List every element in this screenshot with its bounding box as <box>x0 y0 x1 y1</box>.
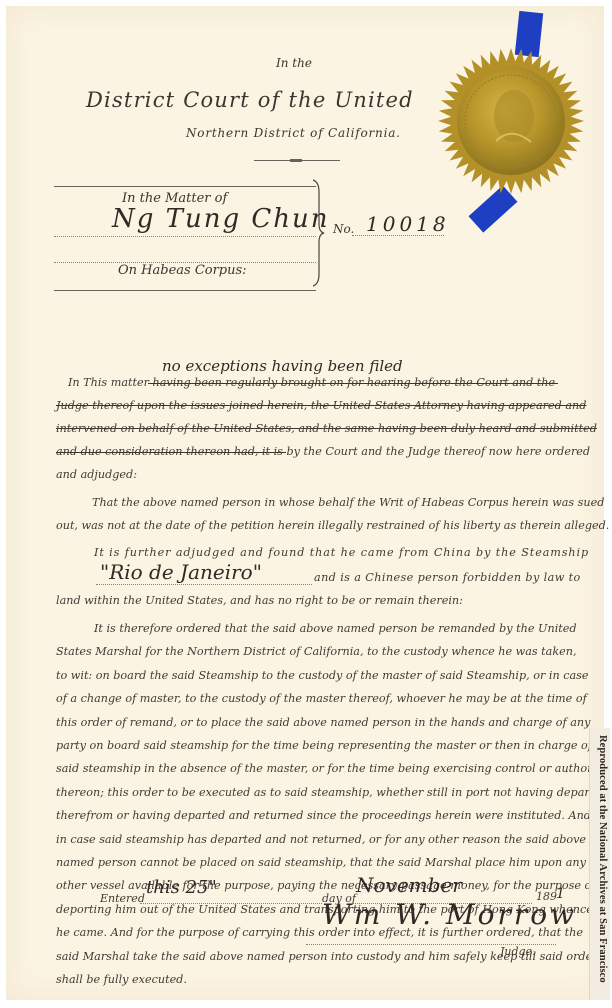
paragraph-4-line: thereon; this order to be executed as to… <box>56 781 608 805</box>
petitioner-name: Ng Tung Chun <box>112 204 330 234</box>
strike-line-1 <box>148 383 558 384</box>
court-title: District Court of the United <box>86 88 414 112</box>
case-number: 10018 <box>366 212 450 236</box>
paragraph-4-line: States Marshal for the Northern District… <box>56 640 577 664</box>
strike-line-4 <box>56 452 286 453</box>
ornamental-rule <box>254 160 340 161</box>
case-number-label: No. <box>333 222 354 236</box>
case-number-line <box>352 235 444 236</box>
entered-day-line <box>140 903 322 904</box>
steamship-name: "Rio de Janeiro" <box>100 560 262 584</box>
paragraph-4-line: of a change of master, to the custody of… <box>56 687 587 711</box>
paragraph-1-line-2: Judge thereof upon the issues joined her… <box>56 394 586 418</box>
paragraph-4-line: said steamship in the absence of the mas… <box>56 757 607 781</box>
steamship-line <box>96 584 312 585</box>
judge-title: Judge. <box>500 945 536 958</box>
paragraph-1-line-5: and adjudged: <box>56 463 137 487</box>
paragraph-4-line: in case said steamship has departed and … <box>56 828 586 852</box>
entered-label: Entered <box>100 892 145 905</box>
entered-day: this 25" <box>146 877 217 898</box>
paragraph-4-line: shall be fully executed. <box>56 968 187 992</box>
court-seal-icon <box>436 46 586 196</box>
paragraph-2-line-1: That the above named person in whose beh… <box>92 491 604 515</box>
caption-dotted-line-1 <box>54 236 316 237</box>
paragraph-3-line-3: land within the United States, and has n… <box>56 589 463 613</box>
caption-brace <box>311 178 325 288</box>
paragraph-4-line: party on board said steamship for the ti… <box>56 734 592 758</box>
judge-signature: Wm W. Morrow <box>322 898 577 931</box>
paragraph-4-line: therefrom or having departed and returne… <box>56 804 591 828</box>
district-name: Northern District of California. <box>186 126 401 140</box>
habeas-corpus-label: On Habeas Corpus: <box>118 263 247 278</box>
paragraph-4-line: It is therefore ordered that the said ab… <box>94 617 577 641</box>
paragraph-4-line: named person cannot be placed on said st… <box>56 851 586 875</box>
paragraph-3-line-2: and is a Chinese person forbidden by law… <box>314 566 581 590</box>
paragraph-1-line-3: intervened on behalf of the United State… <box>56 417 597 441</box>
caption-rule-top <box>54 186 316 187</box>
header-in-the: In the <box>276 56 312 70</box>
paragraph-4-line: to wit: on board the said Steamship to t… <box>56 664 589 688</box>
paragraph-4-line: this order of remand, or to place the sa… <box>56 711 590 735</box>
archive-stamp: Reproduced at the National Archives at S… <box>592 735 608 995</box>
entered-month: November <box>356 873 462 897</box>
caption-rule-bottom <box>54 290 316 291</box>
paragraph-2-line-2: out, was not at the date of the petition… <box>56 514 609 538</box>
